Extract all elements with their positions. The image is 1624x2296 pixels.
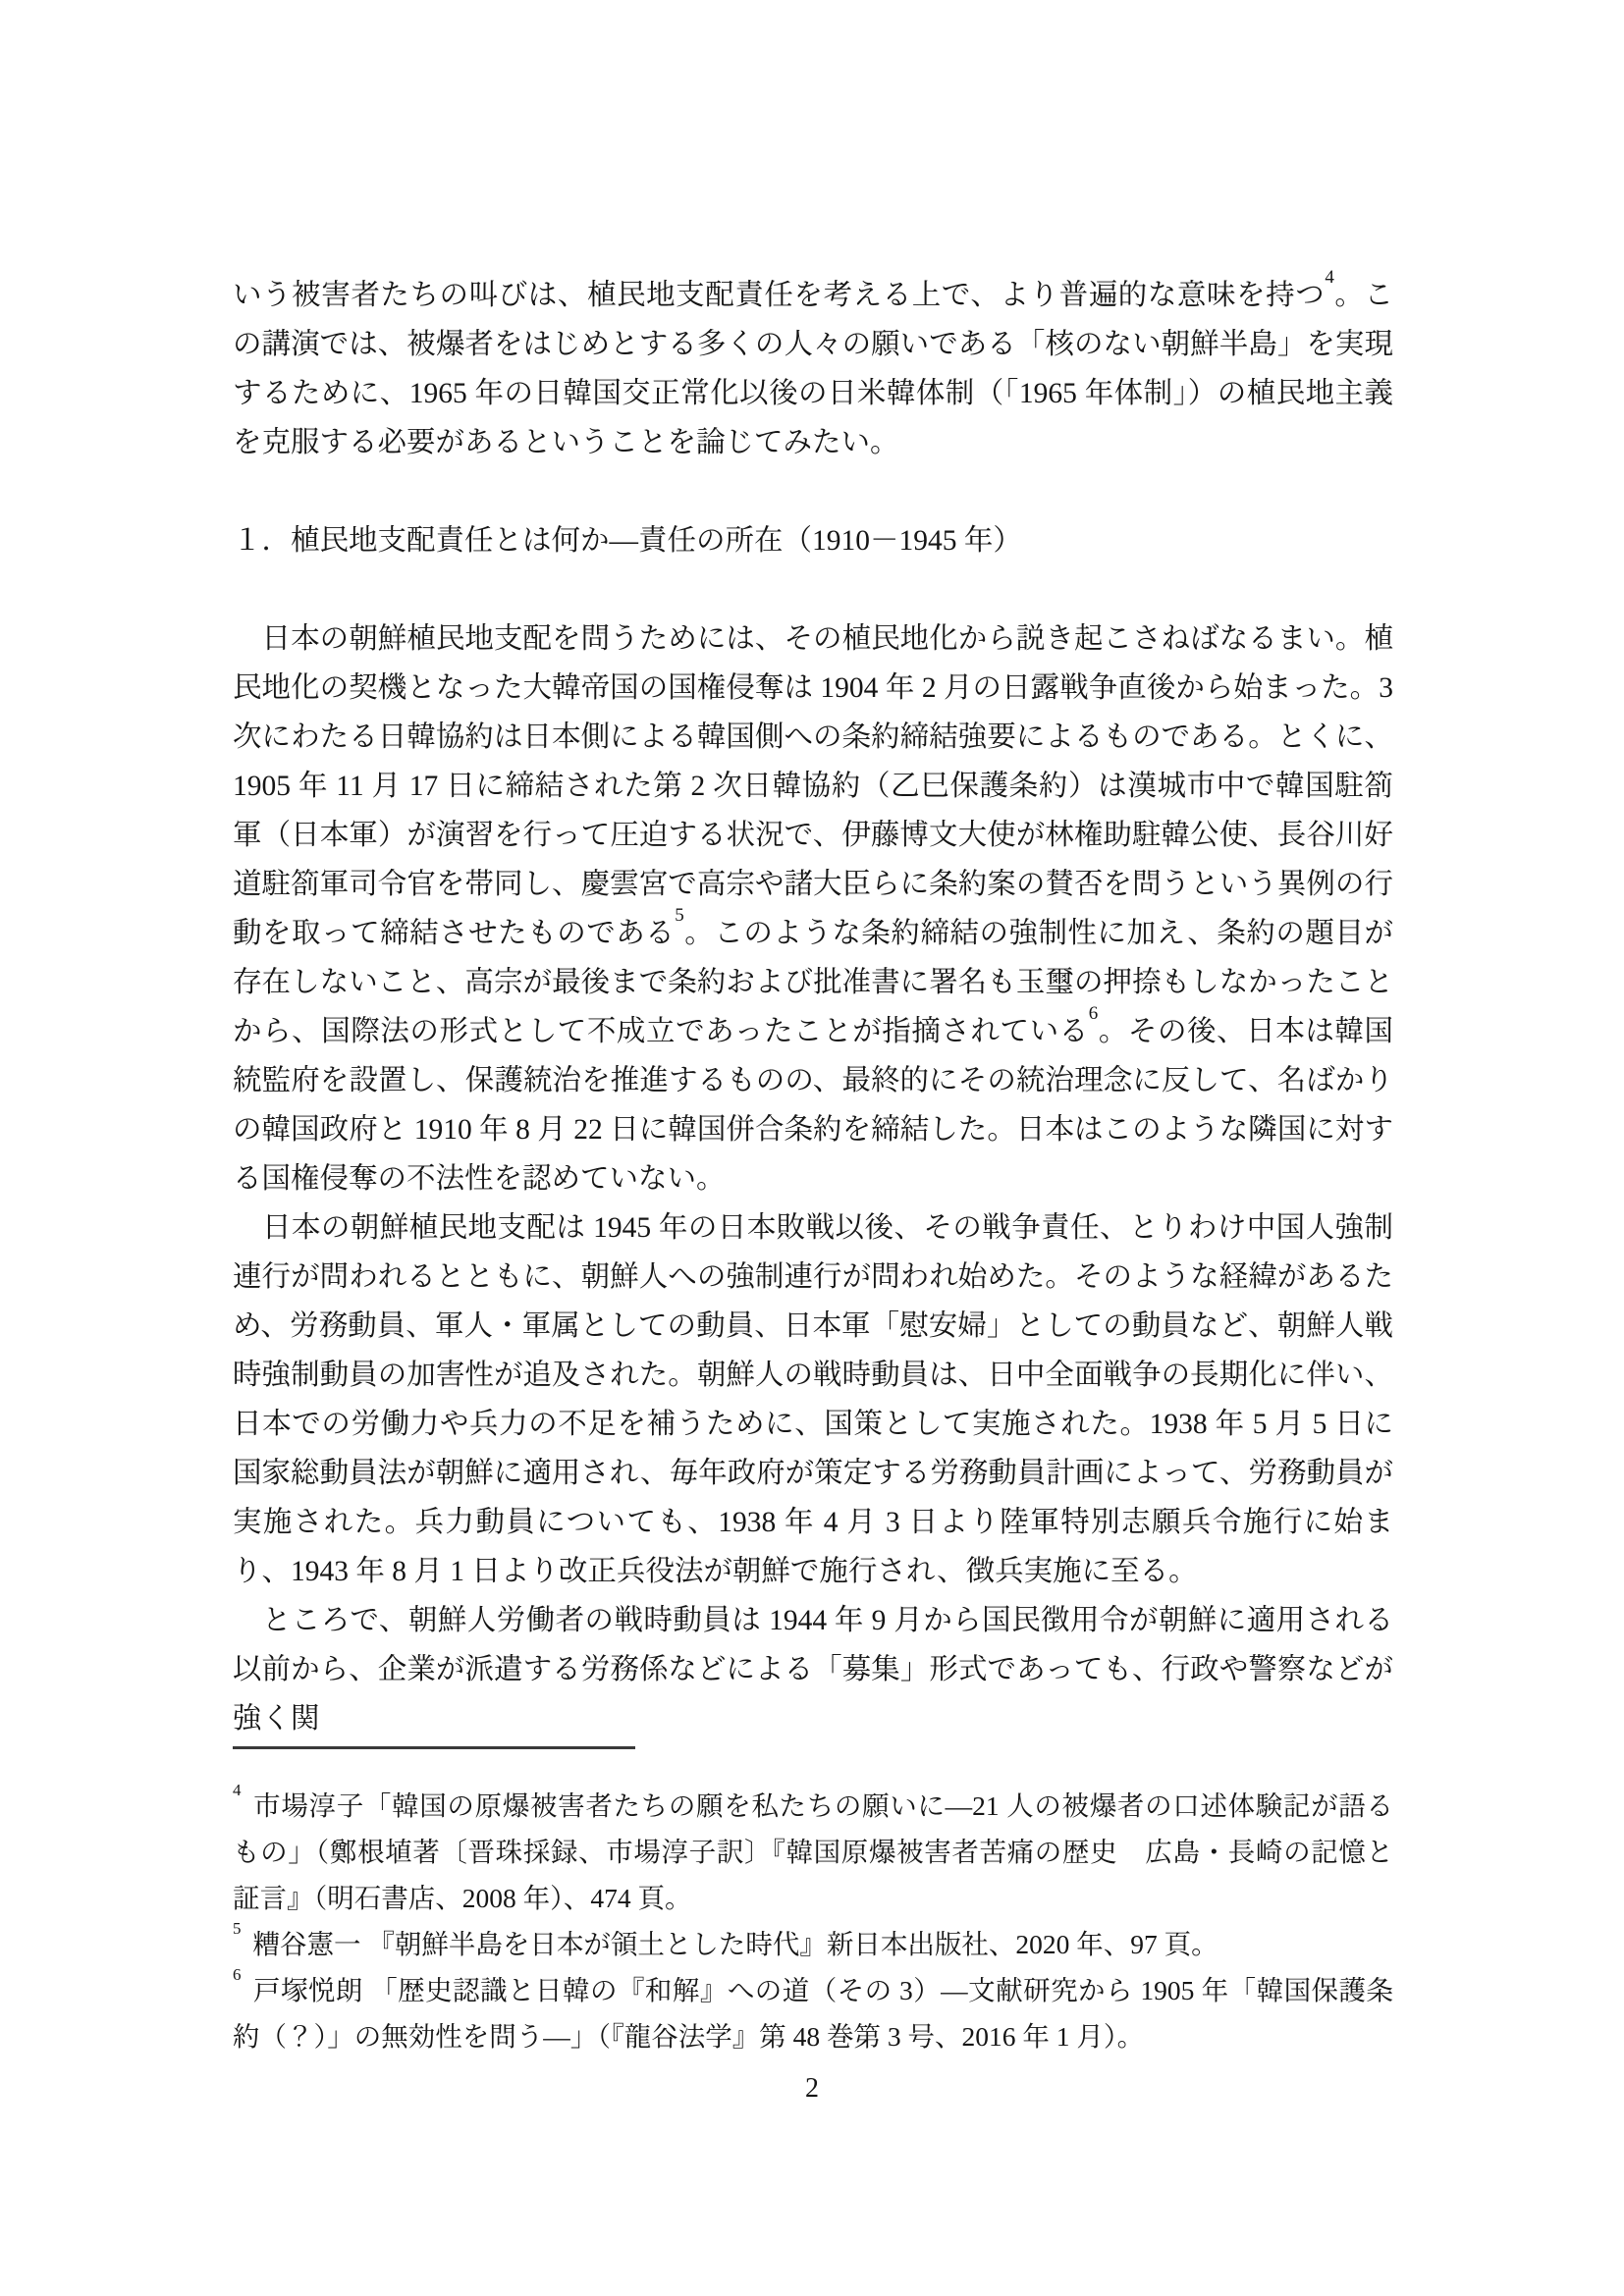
paragraph-colonization: 日本の朝鮮植民地支配を問うためには、その植民地化から説き起こさねばなるまい。植民… bbox=[233, 614, 1393, 1203]
footnote-5: 5糟谷憲一 『朝鮮半島を日本が領土とした時代』新日本出版社、2020 年、97 … bbox=[233, 1921, 1393, 1967]
footnote-ref-5: 5 bbox=[675, 905, 684, 926]
footnote-ref-4: 4 bbox=[1325, 267, 1334, 288]
paragraph-mobilization: 日本の朝鮮植民地支配は 1945 年の日本敗戦以後、その戦争責任、とりわけ中国人… bbox=[233, 1203, 1393, 1596]
page-number: 2 bbox=[0, 2064, 1624, 2113]
text-run: いう被害者たちの叫びは、植民地支配責任を考える上で、より普遍的な意味を持つ bbox=[233, 280, 1325, 311]
text-run: 日本の朝鮮植民地支配は 1945 年の日本敗戦以後、その戦争責任、とりわけ中国人… bbox=[233, 1212, 1393, 1587]
footnote-text: 戸塚悦朗 「歴史認識と日韓の『和解』への道（その 3）―文献研究から 1905 … bbox=[233, 1975, 1393, 2052]
footnote-marker-4: 4 bbox=[233, 1781, 242, 1799]
page-body: いう被害者たちの叫びは、植民地支配責任を考える上で、より普遍的な意味を持つ4。こ… bbox=[233, 271, 1393, 1743]
footnote-marker-6: 6 bbox=[233, 1965, 242, 1984]
footnote-text: 市場淳子「韓国の原爆被害者たちの願を私たちの願いに―21 人の被爆者の口述体験記… bbox=[233, 1790, 1393, 1913]
paragraph-recruitment: ところで、朝鮮人労働者の戦時動員は 1944 年 9 月から国民徴用令が朝鮮に適… bbox=[233, 1596, 1393, 1743]
text-run: ところで、朝鮮人労働者の戦時動員は 1944 年 9 月から国民徴用令が朝鮮に適… bbox=[233, 1605, 1393, 1735]
text-run: 日本の朝鮮植民地支配を問うためには、その植民地化から説き起こさねばなるまい。植民… bbox=[233, 623, 1393, 949]
footnote-4: 4市場淳子「韓国の原爆被害者たちの願を私たちの願いに―21 人の被爆者の口述体験… bbox=[233, 1783, 1393, 1921]
document-page: いう被害者たちの叫びは、植民地支配責任を考える上で、より普遍的な意味を持つ4。こ… bbox=[0, 0, 1624, 2296]
paragraph-intro: いう被害者たちの叫びは、植民地支配責任を考える上で、より普遍的な意味を持つ4。こ… bbox=[233, 271, 1393, 467]
footnote-6: 6戸塚悦朗 「歴史認識と日韓の『和解』への道（その 3）―文献研究から 1905… bbox=[233, 1967, 1393, 2059]
section-heading: １．植民地支配責任とは何か―責任の所在（1910－1945 年） bbox=[233, 516, 1393, 565]
footnote-separator bbox=[233, 1746, 635, 1749]
footnote-text: 糟谷憲一 『朝鮮半島を日本が領土とした時代』新日本出版社、2020 年、97 頁… bbox=[253, 1929, 1218, 1959]
footnotes-section: 4市場淳子「韓国の原爆被害者たちの願を私たちの願いに―21 人の被爆者の口述体験… bbox=[233, 1746, 1393, 2059]
footnote-ref-6: 6 bbox=[1089, 1003, 1099, 1024]
footnote-marker-5: 5 bbox=[233, 1919, 242, 1938]
